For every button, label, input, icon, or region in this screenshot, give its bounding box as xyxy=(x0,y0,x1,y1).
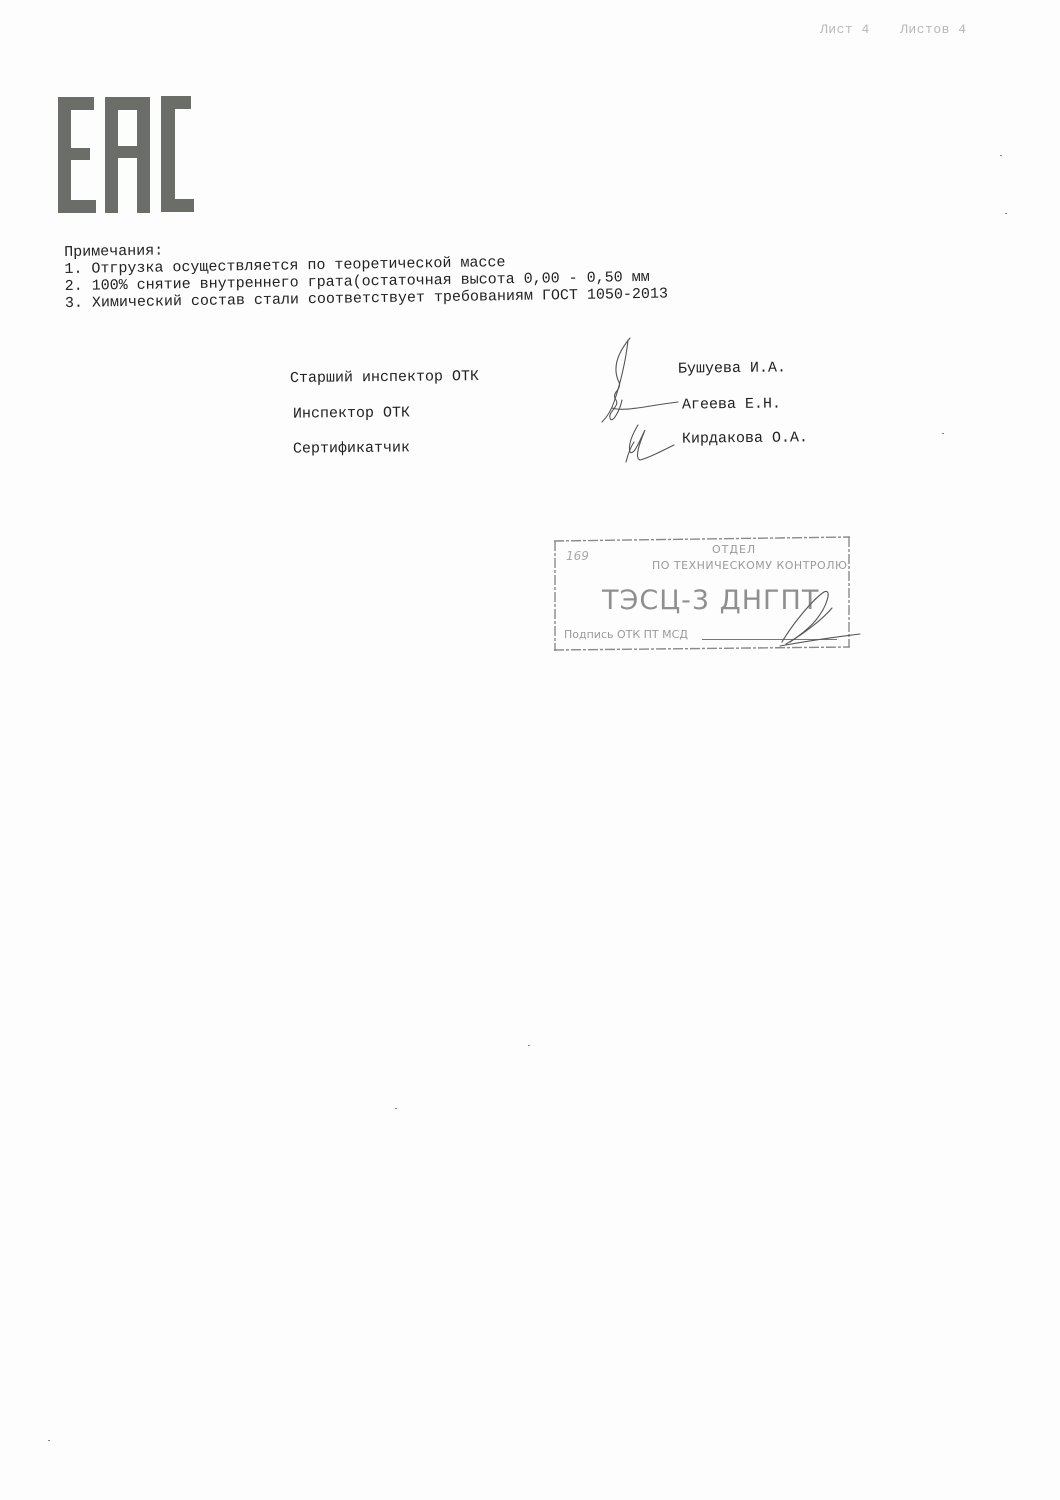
otk-stamp: 169 ОТДЕЛ ПО ТЕХНИЧЕСКОМУ КОНТРОЛЮ ТЭСЦ-… xyxy=(552,535,852,655)
sheets-total: Листов 4 xyxy=(900,22,966,37)
signatory-role: Инспектор ОТК xyxy=(293,404,410,422)
signatory-role: Старший инспектор ОТК xyxy=(290,368,479,387)
scan-speck xyxy=(395,1108,397,1109)
sheet-number: Лист 4 xyxy=(820,22,870,37)
stamp-department-subtitle: ПО ТЕХНИЧЕСКОМУ КОНТРОЛЮ xyxy=(652,559,847,572)
scan-speck xyxy=(528,1045,530,1046)
signatory-role: Сертификатчик xyxy=(293,439,410,457)
notes-section: Примечания: 1. Отгрузка осуществляется п… xyxy=(64,235,668,312)
stamp-department: ОТДЕЛ xyxy=(712,543,756,556)
stamp-number: 169 xyxy=(566,549,589,563)
stamp-signature-icon xyxy=(772,580,862,650)
stamp-signature-label: Подпись ОТК ПТ МСД xyxy=(564,628,688,641)
eac-mark-icon xyxy=(58,95,198,215)
scan-speck xyxy=(942,433,944,434)
page-counter: Лист 4 Листов 4 xyxy=(820,22,989,37)
scan-speck xyxy=(1005,213,1007,214)
scan-speck xyxy=(1000,155,1002,156)
handwritten-signatures-icon xyxy=(590,330,710,470)
scan-speck xyxy=(48,1440,50,1441)
document-page: Лист 4 Листов 4 Примечания: 1. Отгрузка … xyxy=(0,0,1060,1500)
